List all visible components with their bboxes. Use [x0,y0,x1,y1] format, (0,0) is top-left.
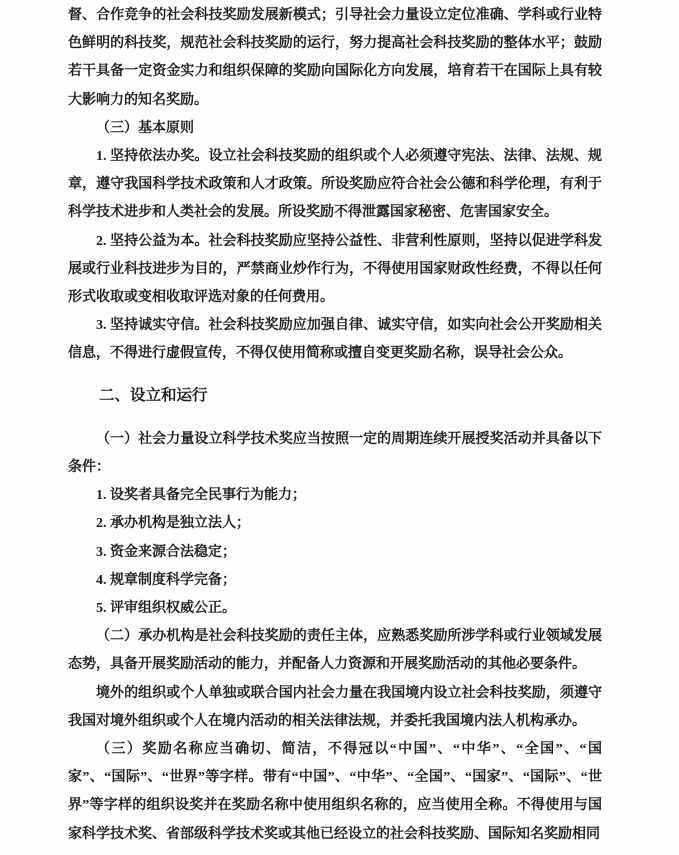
paragraph-award-naming-rules: （三）奖励名称应当确切、简洁，不得冠以“中国”、“中华”、“全国”、“国家”、“… [68,736,602,849]
section-heading-establishment-and-operation: 二、设立和运行 [68,382,602,410]
condition-item-independent-legal-person: 2. 承办机构是独立法人； [68,510,602,538]
paragraph-principle-lawful-awards: 1. 坚持依法办奖。设立社会科技奖励的组织或个人必须遵守宪法、法律、法规、规章，… [68,143,602,228]
paragraph-principle-honesty-integrity: 3. 坚持诚实守信。社会科技奖励应加强自律、诚实守信，如实向社会公开奖励相关信息… [68,312,602,368]
paragraph-establishment-conditions-intro: （一）社会力量设立科学技术奖应当按照一定的周期连续开展授奖活动并具备以下条件： [68,426,602,482]
paragraph-undertaking-institution-responsibility: （二）承办机构是社会科技奖励的责任主体，应熟悉奖励所涉学科或行业领域发展态势，具… [68,623,602,679]
document-page: 督、合作竞争的社会科技奖励发展新模式；引导社会力量设立定位准确、学科或行业特色鲜… [0,0,679,855]
paragraph-principle-public-welfare: 2. 坚持公益为本。社会科技奖励应坚持公益性、非营利性原则，坚持以促进学科发展或… [68,228,602,313]
heading-basic-principles: （三）基本原则 [68,115,602,143]
condition-item-civil-capacity: 1. 设奖者具备完全民事行为能力； [68,482,602,510]
condition-item-funding-source: 3. 资金来源合法稳定； [68,539,602,567]
paragraph-overseas-organizations: 境外的组织或个人单独或联合国内社会力量在我国境内设立社会科技奖励，须遵守我国对境… [68,680,602,736]
condition-item-rules-and-regulations: 4. 规章制度科学完备； [68,567,602,595]
paragraph-development-model-continuation: 督、合作竞争的社会科技奖励发展新模式；引导社会力量设立定位准确、学科或行业特色鲜… [68,2,602,115]
condition-item-review-organization: 5. 评审组织权威公正。 [68,595,602,623]
